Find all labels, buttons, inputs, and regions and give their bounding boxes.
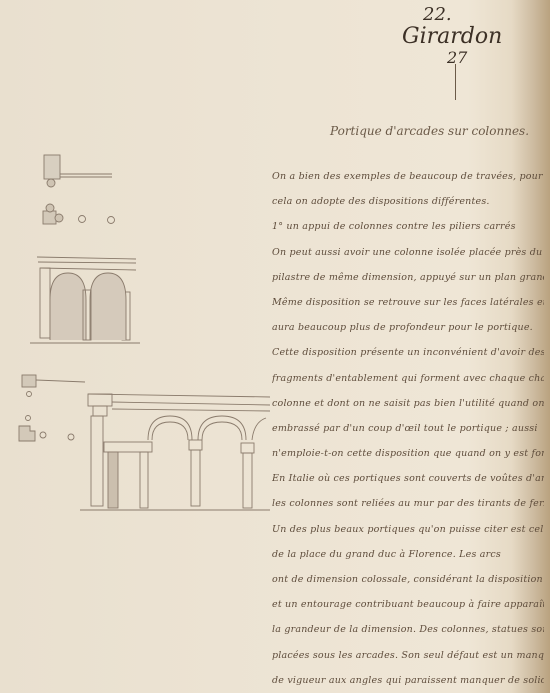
pencil-sketches xyxy=(0,0,550,693)
manuscript-page: 22. Girardon 27 Portique d'arcades sur c… xyxy=(0,0,550,693)
elevation-sketch-arcade xyxy=(80,394,270,510)
plan-sketch-lower xyxy=(19,375,85,441)
plan-sketch-upper xyxy=(43,155,115,224)
elevation-sketch-two-arches xyxy=(30,257,140,343)
